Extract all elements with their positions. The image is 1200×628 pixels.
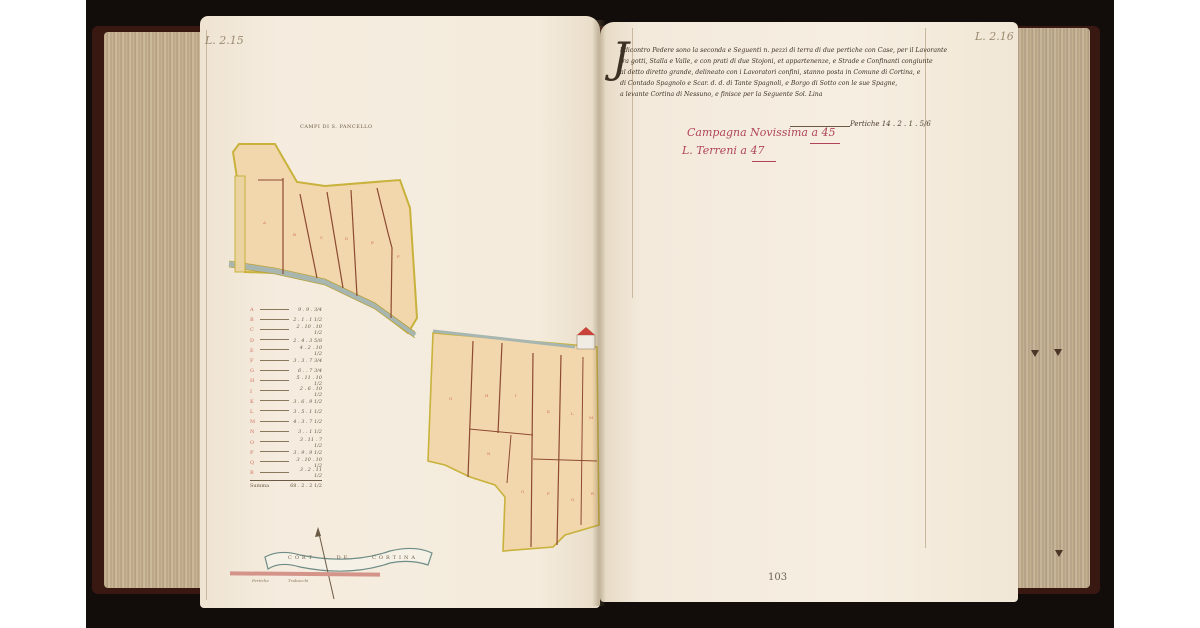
red-note-1: Campagna Novissima a 45 [687,126,836,139]
ledger-row: A9 . 9 . 3/4 [250,305,322,315]
left-folio: L. 2.15 [205,34,244,47]
red-underline [752,161,776,162]
ledger-row: F3 . 3 . 7 3/4 [250,356,322,366]
page-tab-marker [1054,349,1062,356]
ledger-total: Summa 68 . 2 . 2 1/2 [250,480,322,489]
cartouche-banner [260,525,440,605]
entry-line: fra gotti, Stalla e Valle, e con prati d… [620,57,950,68]
svg-text:N: N [487,451,491,456]
red-underline [810,143,840,144]
right-page [600,22,1018,602]
ledger-total-value: 68 . 2 . 2 1/2 [290,483,322,489]
scale-label: Pertiche [252,578,269,583]
svg-text:F: F [397,254,400,259]
map-title: CAMPI DI S. PANCELLO [300,124,373,130]
ledger-row: E4 . 2 . 10 1/2 [250,346,322,356]
entry-line: di Contado Spagnolo e Scar. d. d. di Tan… [620,79,950,90]
ledger-row: O3 . 11 . 7 1/2 [250,437,322,447]
page-tab-marker [1031,350,1039,357]
svg-text:G: G [449,396,452,401]
svg-text:B: B [293,232,296,237]
svg-text:P: P [547,491,550,496]
total-reference: Pertiche 14 . 2 . 1 . 5/6 [850,120,931,128]
ledger-total-label: Summa [250,483,269,489]
entry-line: a levante Cortina di Nessuno, e finisce … [620,90,950,101]
svg-text:H: H [485,393,489,398]
book-gutter [592,20,606,606]
ledger-row: L3 . 5 . 1 1/2 [250,407,322,417]
left-page-edges [104,32,214,588]
ledger-row: M4 . 3 . 7 1/2 [250,417,322,427]
entry-text: l dicontro Pedere sono la seconda e Segu… [620,46,950,101]
red-note-2: L. Terreni a 47 [682,144,764,157]
left-margin-rule [206,30,207,600]
svg-text:C: C [320,235,323,240]
svg-text:E: E [371,240,374,245]
area-ledger: A9 . 9 . 3/4 B2 . 1 . 1 1/2 C2 . 10 . 10… [250,305,322,489]
ledger-row: I2 . 6 . 10 1/2 [250,387,322,397]
scale-label: Trabucchi [288,578,308,583]
ledger-row: R3 . 2 . 11 1/2 [250,468,322,478]
svg-text:D: D [345,236,348,241]
entry-line: l dicontro Pedere sono la seconda e Segu… [620,46,950,57]
page-number: 103 [768,572,787,583]
right-folio: L. 2.16 [975,30,1014,43]
svg-text:A: A [262,220,266,225]
right-column-rule [925,28,926,548]
page-tab-marker [1055,550,1063,557]
ledger-row: K3 . 6 . 9 1/2 [250,397,322,407]
right-page-edges [1015,28,1090,588]
lower-parcel-map: GHI KLM NOP QR [425,325,605,557]
svg-text:L: L [571,411,574,416]
ledger-row: C2 . 10 . 10 1/2 [250,325,322,335]
cartouche-text: CORT DE CORTINA [288,555,418,561]
entry-line: al detto diretto grande, delineato con i… [620,68,950,79]
